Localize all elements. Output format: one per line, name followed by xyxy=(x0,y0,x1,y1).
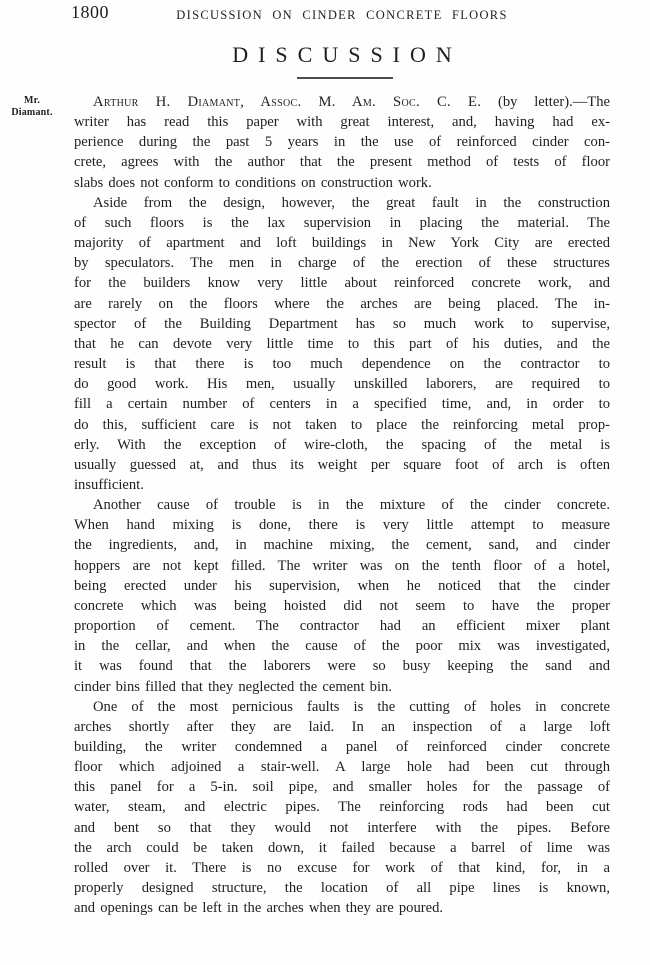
paragraph: Arthur H. Diamant, Assoc. M. Am. Soc. C.… xyxy=(74,92,610,193)
text-line: the arch could be taken down, it failed … xyxy=(74,838,610,858)
margin-note-line2: Diamant. xyxy=(2,107,62,119)
text-line: writer has read this paper with great in… xyxy=(74,112,610,132)
text-line: properly designed structure, the locatio… xyxy=(74,878,610,898)
text-line: and openings can be left in the arches w… xyxy=(74,898,610,918)
text-line: it was found that the laborers were so b… xyxy=(74,656,610,676)
paragraph: Another cause of trouble is in the mixtu… xyxy=(74,495,610,697)
text-line: building, the writer condemned a panel o… xyxy=(74,737,610,757)
text-line: Arthur H. Diamant, Assoc. M. Am. Soc. C.… xyxy=(74,92,610,112)
text-line: proportion of cement. The contractor had… xyxy=(74,616,610,636)
text-line: spector of the Building Department has s… xyxy=(74,314,610,334)
text-line: are rarely on the floors where the arche… xyxy=(74,294,610,314)
text-line: cinder bins filled that they neglected t… xyxy=(74,677,610,697)
text-line: erly. With the exception of wire-cloth, … xyxy=(74,435,610,455)
line-text: (by letter).—The xyxy=(481,94,610,110)
text-line: crete, agrees with the author that the p… xyxy=(74,152,610,172)
body-text: Arthur H. Diamant, Assoc. M. Am. Soc. C.… xyxy=(74,92,610,918)
text-line: hoppers are not kept filled. The writer … xyxy=(74,556,610,576)
text-line: usually guessed at, and thus its weight … xyxy=(74,455,610,475)
text-line: insufficient. xyxy=(74,475,610,495)
text-line: by speculators. The men in charge of the… xyxy=(74,253,610,273)
text-line: fill a certain number of centers in a sp… xyxy=(74,394,610,414)
text-line: this panel for a 5-in. soil pipe, and sm… xyxy=(74,777,610,797)
text-line: of such floors is the lax supervision in… xyxy=(74,213,610,233)
text-line: When hand mixing is done, there is very … xyxy=(74,515,610,535)
text-line: floor which adjoined a stair-well. A lar… xyxy=(74,757,610,777)
text-line: One of the most pernicious faults is the… xyxy=(74,697,610,717)
section-title: DISCUSSION xyxy=(34,42,650,68)
text-line: that he can devote very little time to t… xyxy=(74,334,610,354)
text-line: perience during the past 5 years in the … xyxy=(74,132,610,152)
scanned-page: 1800 DISCUSSION ON CINDER CONCRETE FLOOR… xyxy=(0,0,650,965)
paragraph: Aside from the design, however, the grea… xyxy=(74,193,610,495)
text-line: concrete which was being hoisted did not… xyxy=(74,596,610,616)
text-line: majority of apartment and loft buildings… xyxy=(74,233,610,253)
text-line: and bent so that they would not interfer… xyxy=(74,818,610,838)
text-line: do this, sufficient care is not taken to… xyxy=(74,415,610,435)
text-line: in the cellar, and when the cause of the… xyxy=(74,636,610,656)
margin-note-line1: Mr. xyxy=(2,95,62,107)
text-line: Aside from the design, however, the grea… xyxy=(74,193,610,213)
text-line: result is that there is too much depende… xyxy=(74,354,610,374)
title-divider-rule xyxy=(297,77,393,79)
text-line: arches shortly after they are laid. In a… xyxy=(74,717,610,737)
paragraph: One of the most pernicious faults is the… xyxy=(74,697,610,919)
text-line: Another cause of trouble is in the mixtu… xyxy=(74,495,610,515)
text-line: the ingredients, and, in machine mixing,… xyxy=(74,535,610,555)
running-head: DISCUSSION ON CINDER CONCRETE FLOORS xyxy=(34,8,650,23)
text-line: water, steam, and electric pipes. The re… xyxy=(74,797,610,817)
text-line: rolled over it. There is no excuse for w… xyxy=(74,858,610,878)
text-line: do good work. His men, usually unskilled… xyxy=(74,374,610,394)
text-line: slabs does not conform to conditions on … xyxy=(74,173,610,193)
margin-note-speaker: Mr. Diamant. xyxy=(2,95,62,118)
text-line: being erected under his supervision, whe… xyxy=(74,576,610,596)
speaker-name-smallcaps: Arthur H. Diamant, Assoc. M. Am. Soc. C.… xyxy=(93,94,481,110)
text-line: for the builders know very little about … xyxy=(74,273,610,293)
